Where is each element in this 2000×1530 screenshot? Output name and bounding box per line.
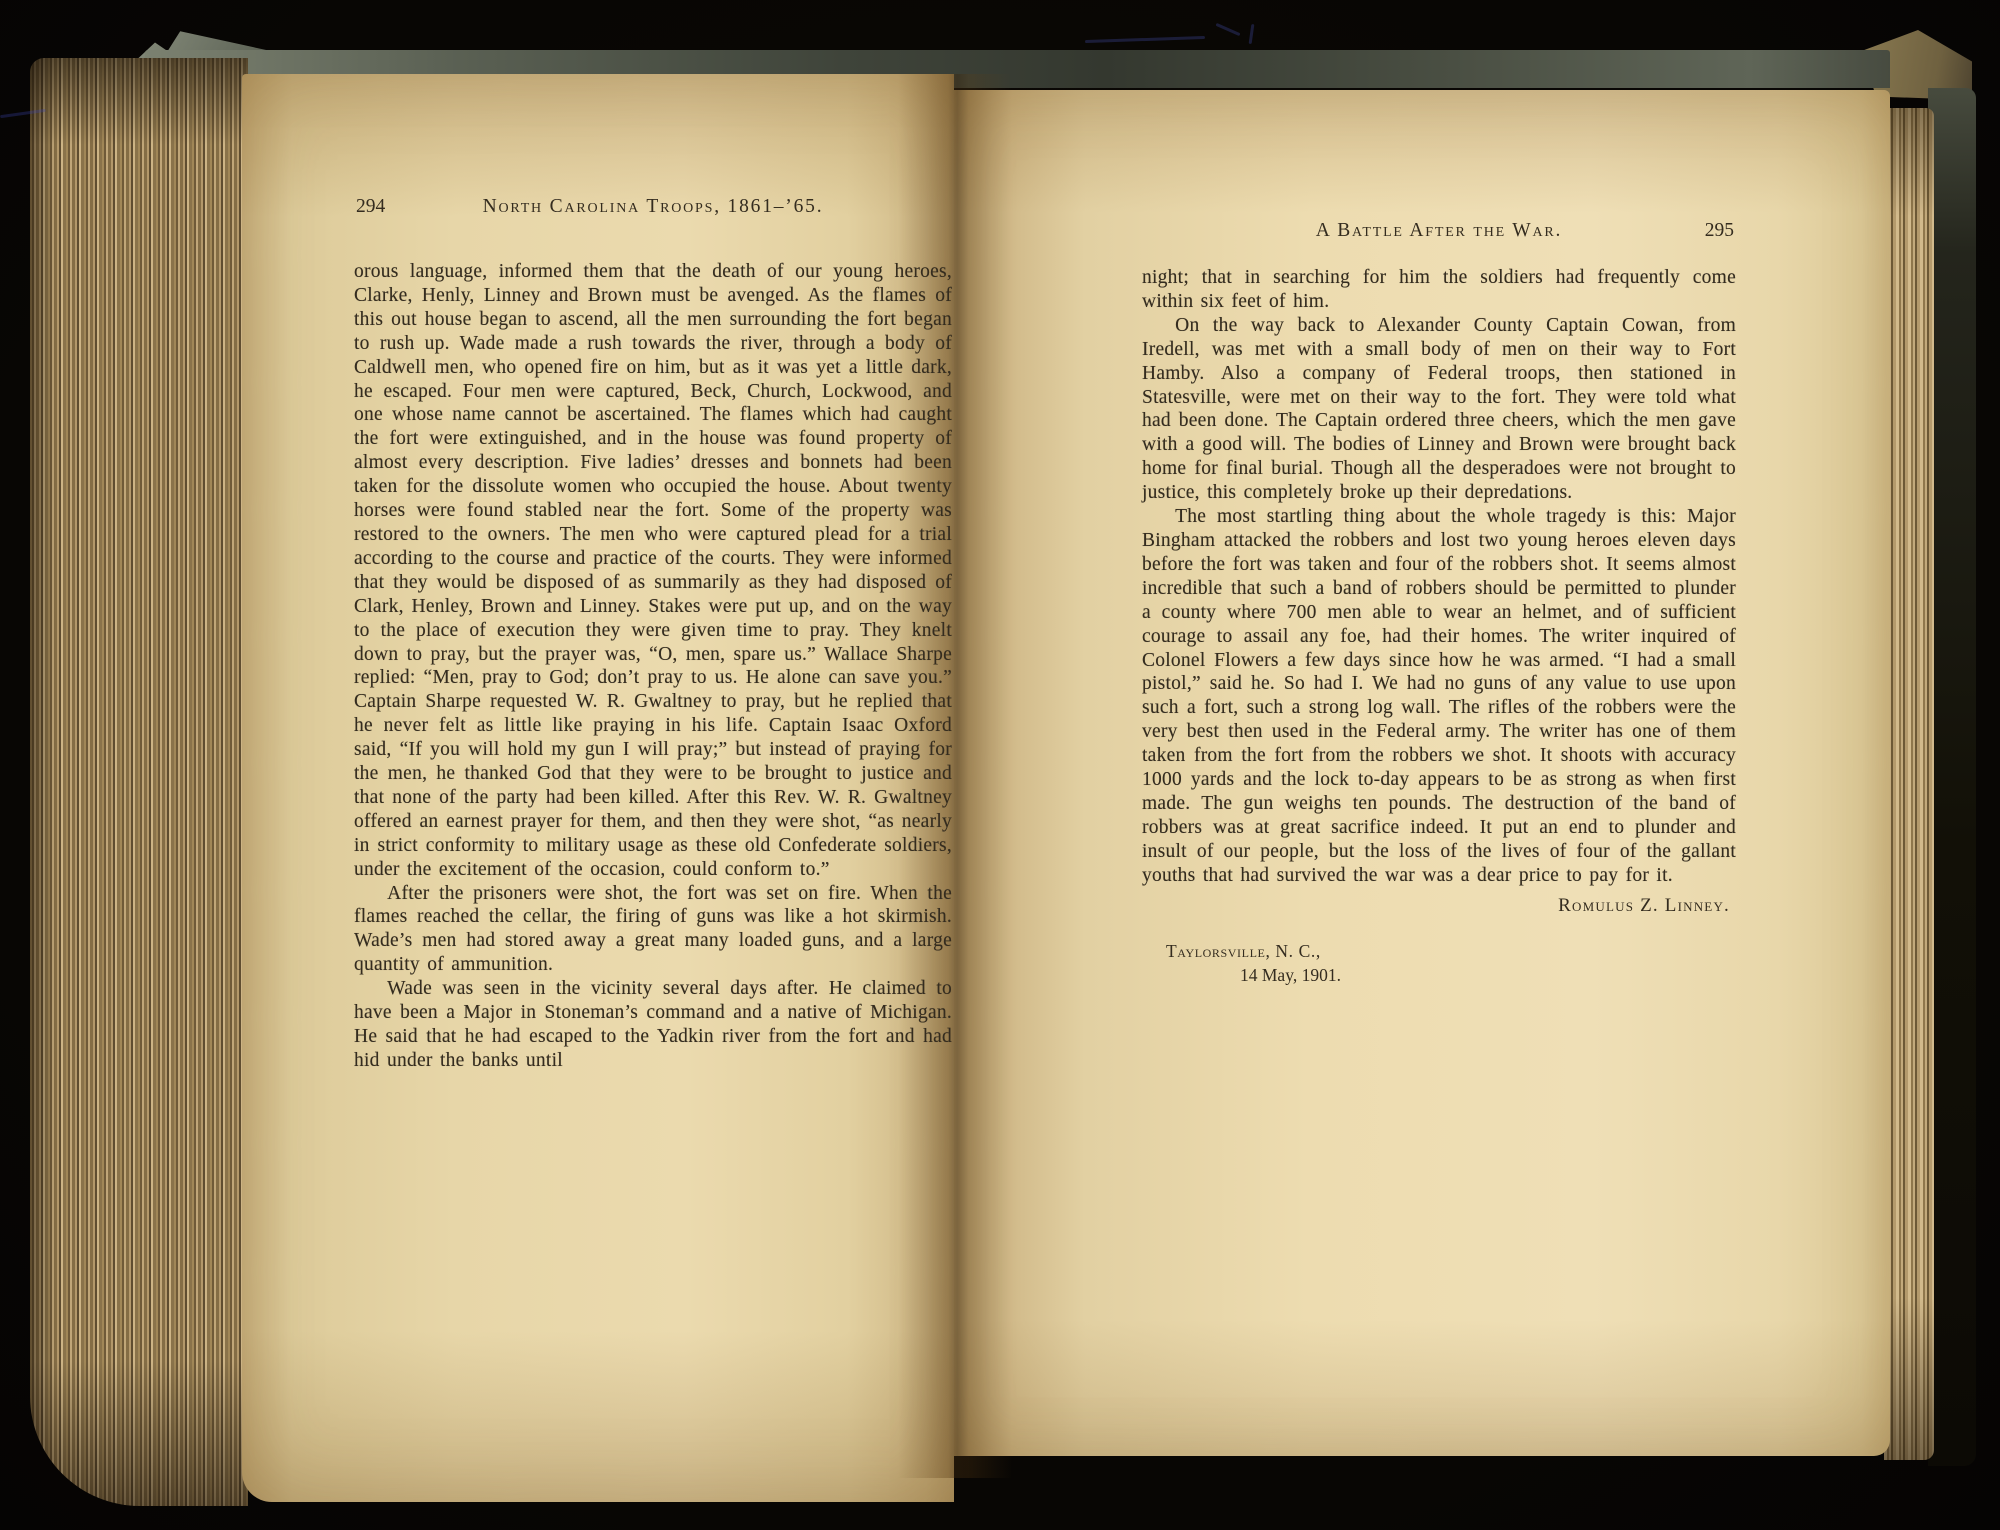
page-edges-right	[1884, 108, 1934, 1460]
handwriting-mark	[1216, 23, 1241, 36]
paragraph: After the prisoners were shot, the fort …	[354, 882, 952, 978]
book-scan-photo: { "photo": { "background_color": "#08060…	[0, 0, 2000, 1530]
handwriting-mark	[1085, 36, 1205, 43]
right-page-text-column: A Battle After the War. 295 night; that …	[1142, 220, 1736, 987]
left-page-text-column: 294 North Carolina Troops, 1861–’65. oro…	[354, 196, 952, 1073]
right-page-header-row: A Battle After the War. 295	[1142, 220, 1736, 250]
dateline-date: 14 May, 1901.	[1142, 963, 1736, 987]
paragraph: Wade was seen in the vicinity several da…	[354, 977, 952, 1073]
dateline: Taylorsville, N. C., 14 May, 1901.	[1142, 939, 1736, 987]
dateline-place: Taylorsville, N. C.,	[1142, 939, 1736, 963]
left-running-header: North Carolina Troops, 1861–’65.	[354, 196, 952, 218]
right-page-number: 295	[1705, 220, 1734, 242]
left-page-header-row: 294 North Carolina Troops, 1861–’65.	[354, 196, 952, 226]
right-running-header: A Battle After the War.	[1142, 220, 1736, 242]
book-cover-right-edge	[1928, 88, 1976, 1466]
handwriting-mark	[1249, 24, 1255, 44]
paragraph: orous language, informed them that the d…	[354, 260, 952, 882]
left-page-body: orous language, informed them that the d…	[354, 260, 952, 1073]
signature: Romulus Z. Linney.	[1142, 895, 1736, 917]
paragraph: On the way back to Alexander County Capt…	[1142, 314, 1736, 505]
paragraph: The most startling thing about the whole…	[1142, 505, 1736, 888]
left-page-number: 294	[356, 196, 385, 218]
right-page-body: night; that in searching for him the sol…	[1142, 266, 1736, 888]
paragraph: night; that in searching for him the sol…	[1142, 266, 1736, 314]
page-stack-left-edge	[30, 58, 248, 1506]
